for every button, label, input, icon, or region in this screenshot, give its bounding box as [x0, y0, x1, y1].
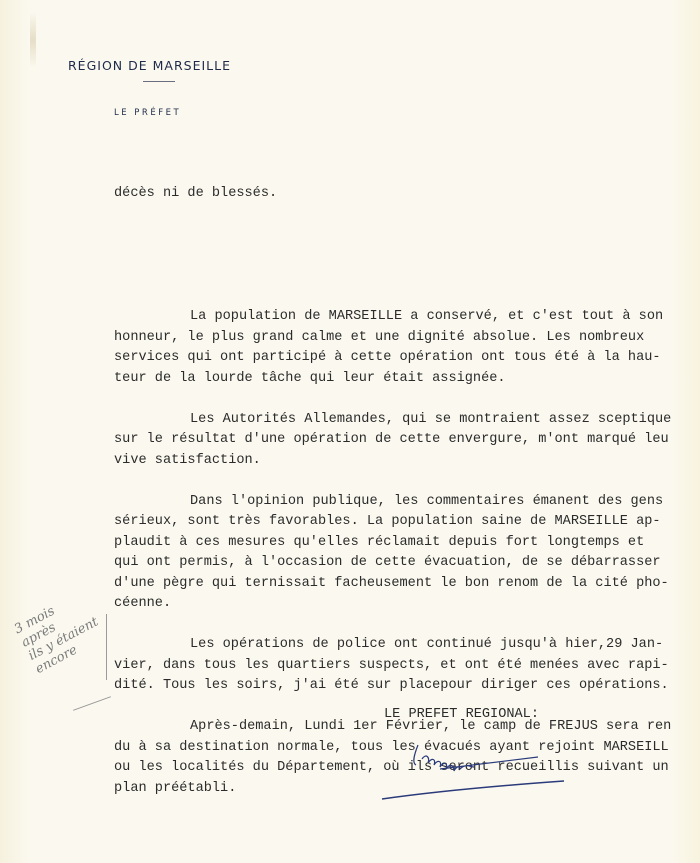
- letter-line: sur le résultat d'une opération de cette…: [114, 430, 700, 451]
- letter-line: vier, dans tous les quartiers suspects, …: [114, 656, 700, 677]
- letter-line: vive satisfaction.: [114, 451, 700, 472]
- letter-line: d'une pègre qui ternissait facheusement …: [114, 574, 700, 595]
- letter-line: sérieux, sont très favorables. La popula…: [114, 512, 700, 533]
- letterhead-office: LE PRÉFET: [114, 108, 181, 118]
- signature-title: LE PREFET REGIONAL:: [384, 707, 539, 722]
- paper-stain: [30, 0, 36, 80]
- continuation-line: décès ni de blessés.: [114, 184, 700, 205]
- letter-line: teur de la lourde tâche qui leur était a…: [114, 369, 700, 390]
- letterhead-rule: [143, 81, 175, 82]
- letter-line: dité. Tous les soirs, j'ai été sur place…: [114, 676, 700, 697]
- letterhead-region: RÉGION DE MARSEILLE: [68, 58, 231, 73]
- letter-line: honneur, le plus grand calme et une dign…: [114, 328, 700, 349]
- signature-icon: [378, 735, 578, 805]
- letter-line: Les opérations de police ont continué ju…: [114, 635, 700, 656]
- letter-line: Dans l'opinion publique, les commentaire…: [114, 492, 700, 513]
- letter-line: services qui ont participé à cette opéra…: [114, 348, 700, 369]
- letter-line: Les Autorités Allemandes, qui se montrai…: [114, 410, 700, 431]
- letter-line: céenne.: [114, 594, 700, 615]
- letter-line: qui ont permis, à l'occasion de cette év…: [114, 553, 700, 574]
- letter-line: La population de MARSEILLE a conservé, e…: [114, 307, 700, 328]
- letter-line: plaudit à ces mesures qu'elles réclamait…: [114, 533, 700, 554]
